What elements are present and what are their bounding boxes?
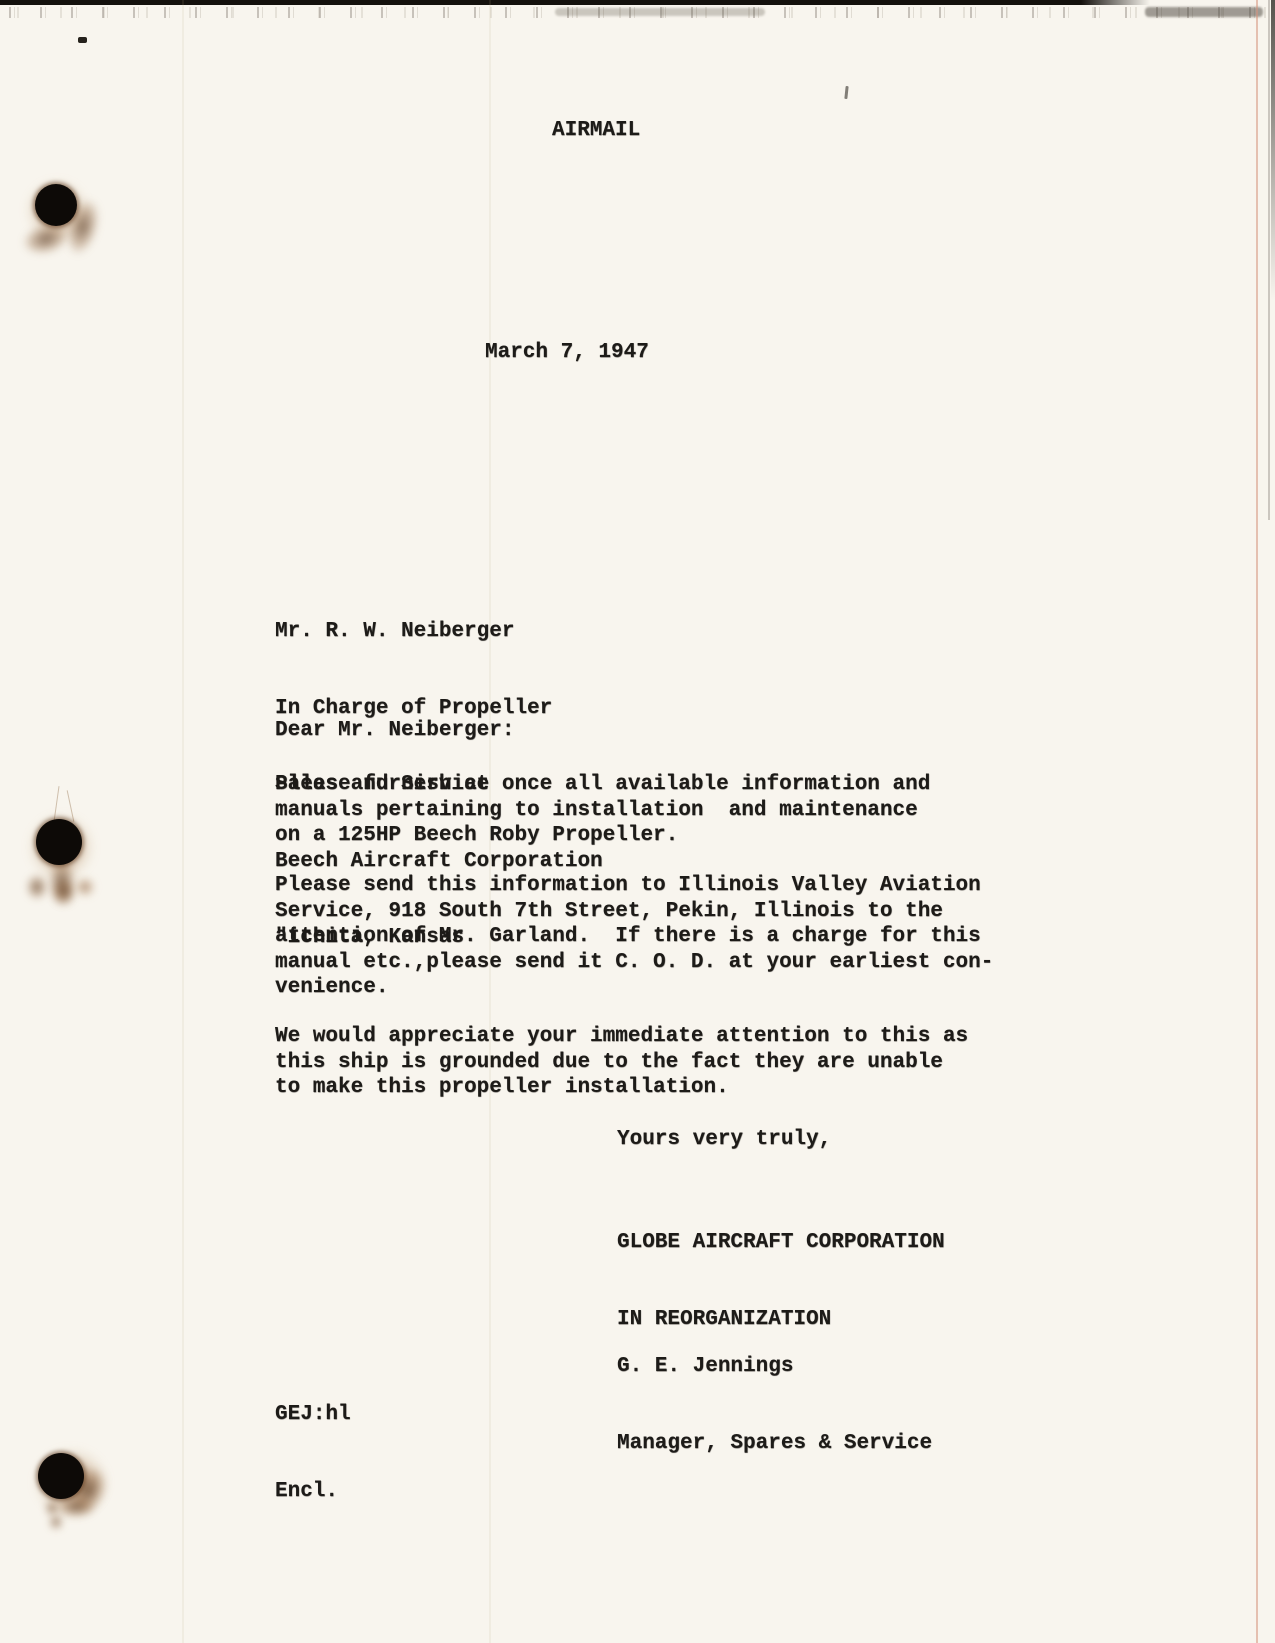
ink-fleck [844,86,848,99]
scan-noise-clump [555,8,765,16]
signer-name: G. E. Jennings [617,1354,932,1380]
signature-block: G. E. Jennings Manager, Spares & Service [617,1303,932,1507]
scan-edge-bar [0,0,1150,5]
paper-margin-line [1256,0,1258,1643]
airmail-label: AIRMAIL [552,118,640,144]
salutation: Dear Mr. Neiberger: [275,718,514,744]
recipient-line: Beech Aircraft Corporation [275,849,603,875]
recipient-line: Mr. R. W. Neiberger [275,619,603,645]
scan-noise-clump [1145,7,1263,17]
date-line: March 7, 1947 [485,340,649,366]
typist-initials: GEJ:hl [275,1402,351,1428]
scan-edge-shadow [1271,0,1275,300]
letter-page: AIRMAIL March 7, 1947 Mr. R. W. Neiberge… [0,0,1275,1643]
paper-crease [182,0,184,1643]
closing-line: Yours very truly, [617,1127,831,1153]
signer-title: Manager, Spares & Service [617,1431,932,1457]
company-name: GLOBE AIRCRAFT CORPORATION [617,1230,945,1256]
body-paragraph-2: Please send this information to Illinois… [275,873,993,1001]
paper-margin-line [1268,0,1270,520]
body-paragraph-1: Please furnish at once all available inf… [275,772,930,849]
ink-fleck [78,37,87,43]
reference-block: GEJ:hl Encl. [275,1351,351,1555]
body-paragraph-3: We would appreciate your immediate atten… [275,1024,968,1101]
enclosure-note: Encl. [275,1479,351,1505]
